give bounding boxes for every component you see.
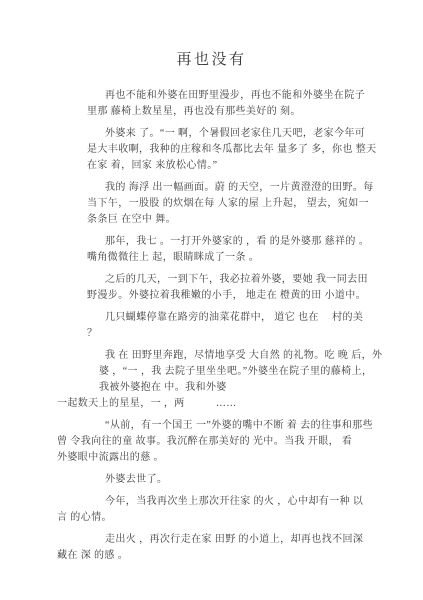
text-line: 我 在 田野里奔跑，尽情地享受 大自然 的礼物。吃 晚 后，外 bbox=[57, 348, 387, 364]
paragraph: 外婆去世了。 bbox=[57, 472, 387, 488]
text-line: “从前，有一个国王 一”外婆的嘴中不断 着 去的往事和那些 bbox=[57, 418, 387, 434]
text-line: 外婆眼中流露出的慈 。 bbox=[57, 450, 387, 466]
paragraph: 今年，当我再次坐上那次开往家 的火 ，心中却有一种 以言 的心情。 bbox=[57, 494, 387, 526]
text-line: ？ bbox=[57, 326, 387, 342]
paragraph: 我的 海浮 出一幅画面。蔚 的天空，一片黄澄澄的田野。每当下午，一股股 的炊烟在… bbox=[57, 180, 387, 228]
text-line: 婆 ，“一 ，我 去院子里坐坐吧。”外婆坐在院子里的藤椅上， bbox=[57, 364, 387, 380]
text-line: 言 的心情。 bbox=[57, 510, 387, 526]
document-body: 再也不能和外婆在田野里漫步，再也不能和外婆坐在院子里那 藤椅上数星星，再也没有那… bbox=[57, 88, 387, 570]
text-line: 藏在 深 的感 。 bbox=[57, 548, 387, 564]
document-page: 再也没有 再也不能和外婆在田野里漫步，再也不能和外婆坐在院子里那 藤椅上数星星，… bbox=[0, 0, 423, 600]
text-line: 走出火 ，再次行走在家 田野 的小道上，却再也找不回深 bbox=[57, 532, 387, 548]
text-line: 那年，我七 。一打开外婆家的 ，看 的是外婆那 慈祥的 。 bbox=[57, 234, 387, 250]
text-line: 里那 藤椅上数星星，再也没有那些美好的 刻。 bbox=[57, 104, 387, 120]
text-line: 再也不能和外婆在田野里漫步，再也不能和外婆坐在院子 bbox=[57, 88, 387, 104]
document-title: 再也没有 bbox=[0, 0, 423, 69]
text-line: 外婆去世了。 bbox=[57, 472, 387, 488]
text-line: 野漫步。外婆拉着我稚嫩的小手， 地走在 橙黄的田 小道中。 bbox=[57, 288, 387, 304]
paragraph: 再也不能和外婆在田野里漫步，再也不能和外婆坐在院子里那 藤椅上数星星，再也没有那… bbox=[57, 88, 387, 120]
paragraph: “从前，有一个国王 一”外婆的嘴中不断 着 去的往事和那些曾 令我向往的童 故事… bbox=[57, 418, 387, 466]
text-line: 嘴角微微往上 起，眼睛眯成了一条 。 bbox=[57, 250, 387, 266]
paragraph: 外婆来 了。“一 啊，个暑假回老家住几天吧，老家今年可是大丰收啊，我种的庄稼和冬… bbox=[57, 126, 387, 174]
text-line: 一起数天上的星星，一 ，两 …… bbox=[57, 396, 387, 412]
text-line: 今年，当我再次坐上那次开往家 的火 ，心中却有一种 以 bbox=[57, 494, 387, 510]
text-line: 几只蝴蝶停靠在路旁的油菜花群中， 道它 也在 村的美 bbox=[57, 310, 387, 326]
paragraph: 那年，我七 。一打开外婆家的 ，看 的是外婆那 慈祥的 。嘴角微微往上 起，眼睛… bbox=[57, 234, 387, 266]
text-line: 外婆来 了。“一 啊，个暑假回老家住几天吧，老家今年可 bbox=[57, 126, 387, 142]
paragraph: 我 在 田野里奔跑，尽情地享受 大自然 的礼物。吃 晚 后，外婆 ，“一 ，我 … bbox=[57, 348, 387, 412]
text-line: 我的 海浮 出一幅画面。蔚 的天空，一片黄澄澄的田野。每 bbox=[57, 180, 387, 196]
text-line: 是大丰收啊，我种的庄稼和冬瓜都比去年 量多了 多，你也 整天 bbox=[57, 142, 387, 158]
paragraph: 之后的几天，一到下午，我必拉着外婆，要她 我一同去田野漫步。外婆拉着我稚嫩的小手… bbox=[57, 272, 387, 304]
paragraph: 几只蝴蝶停靠在路旁的油菜花群中， 道它 也在 村的美？ bbox=[57, 310, 387, 342]
text-line: 之后的几天，一到下午，我必拉着外婆，要她 我一同去田 bbox=[57, 272, 387, 288]
text-line: 在家 着，回家 来放松心情。” bbox=[57, 158, 387, 174]
text-line: 我被外婆抱在 中。我和外婆 bbox=[57, 380, 387, 396]
text-line: 曾 令我向往的童 故事。我沉醉在那美好的 光中。当我 开眼， 看 bbox=[57, 434, 387, 450]
text-line: 条条巨 在空中 舞。 bbox=[57, 212, 387, 228]
paragraph: 走出火 ，再次行走在家 田野 的小道上，却再也找不回深藏在 深 的感 。 bbox=[57, 532, 387, 564]
text-line: 当下午，一股股 的炊烟在每 人家的屋 上升起， 望去，宛如一 bbox=[57, 196, 387, 212]
